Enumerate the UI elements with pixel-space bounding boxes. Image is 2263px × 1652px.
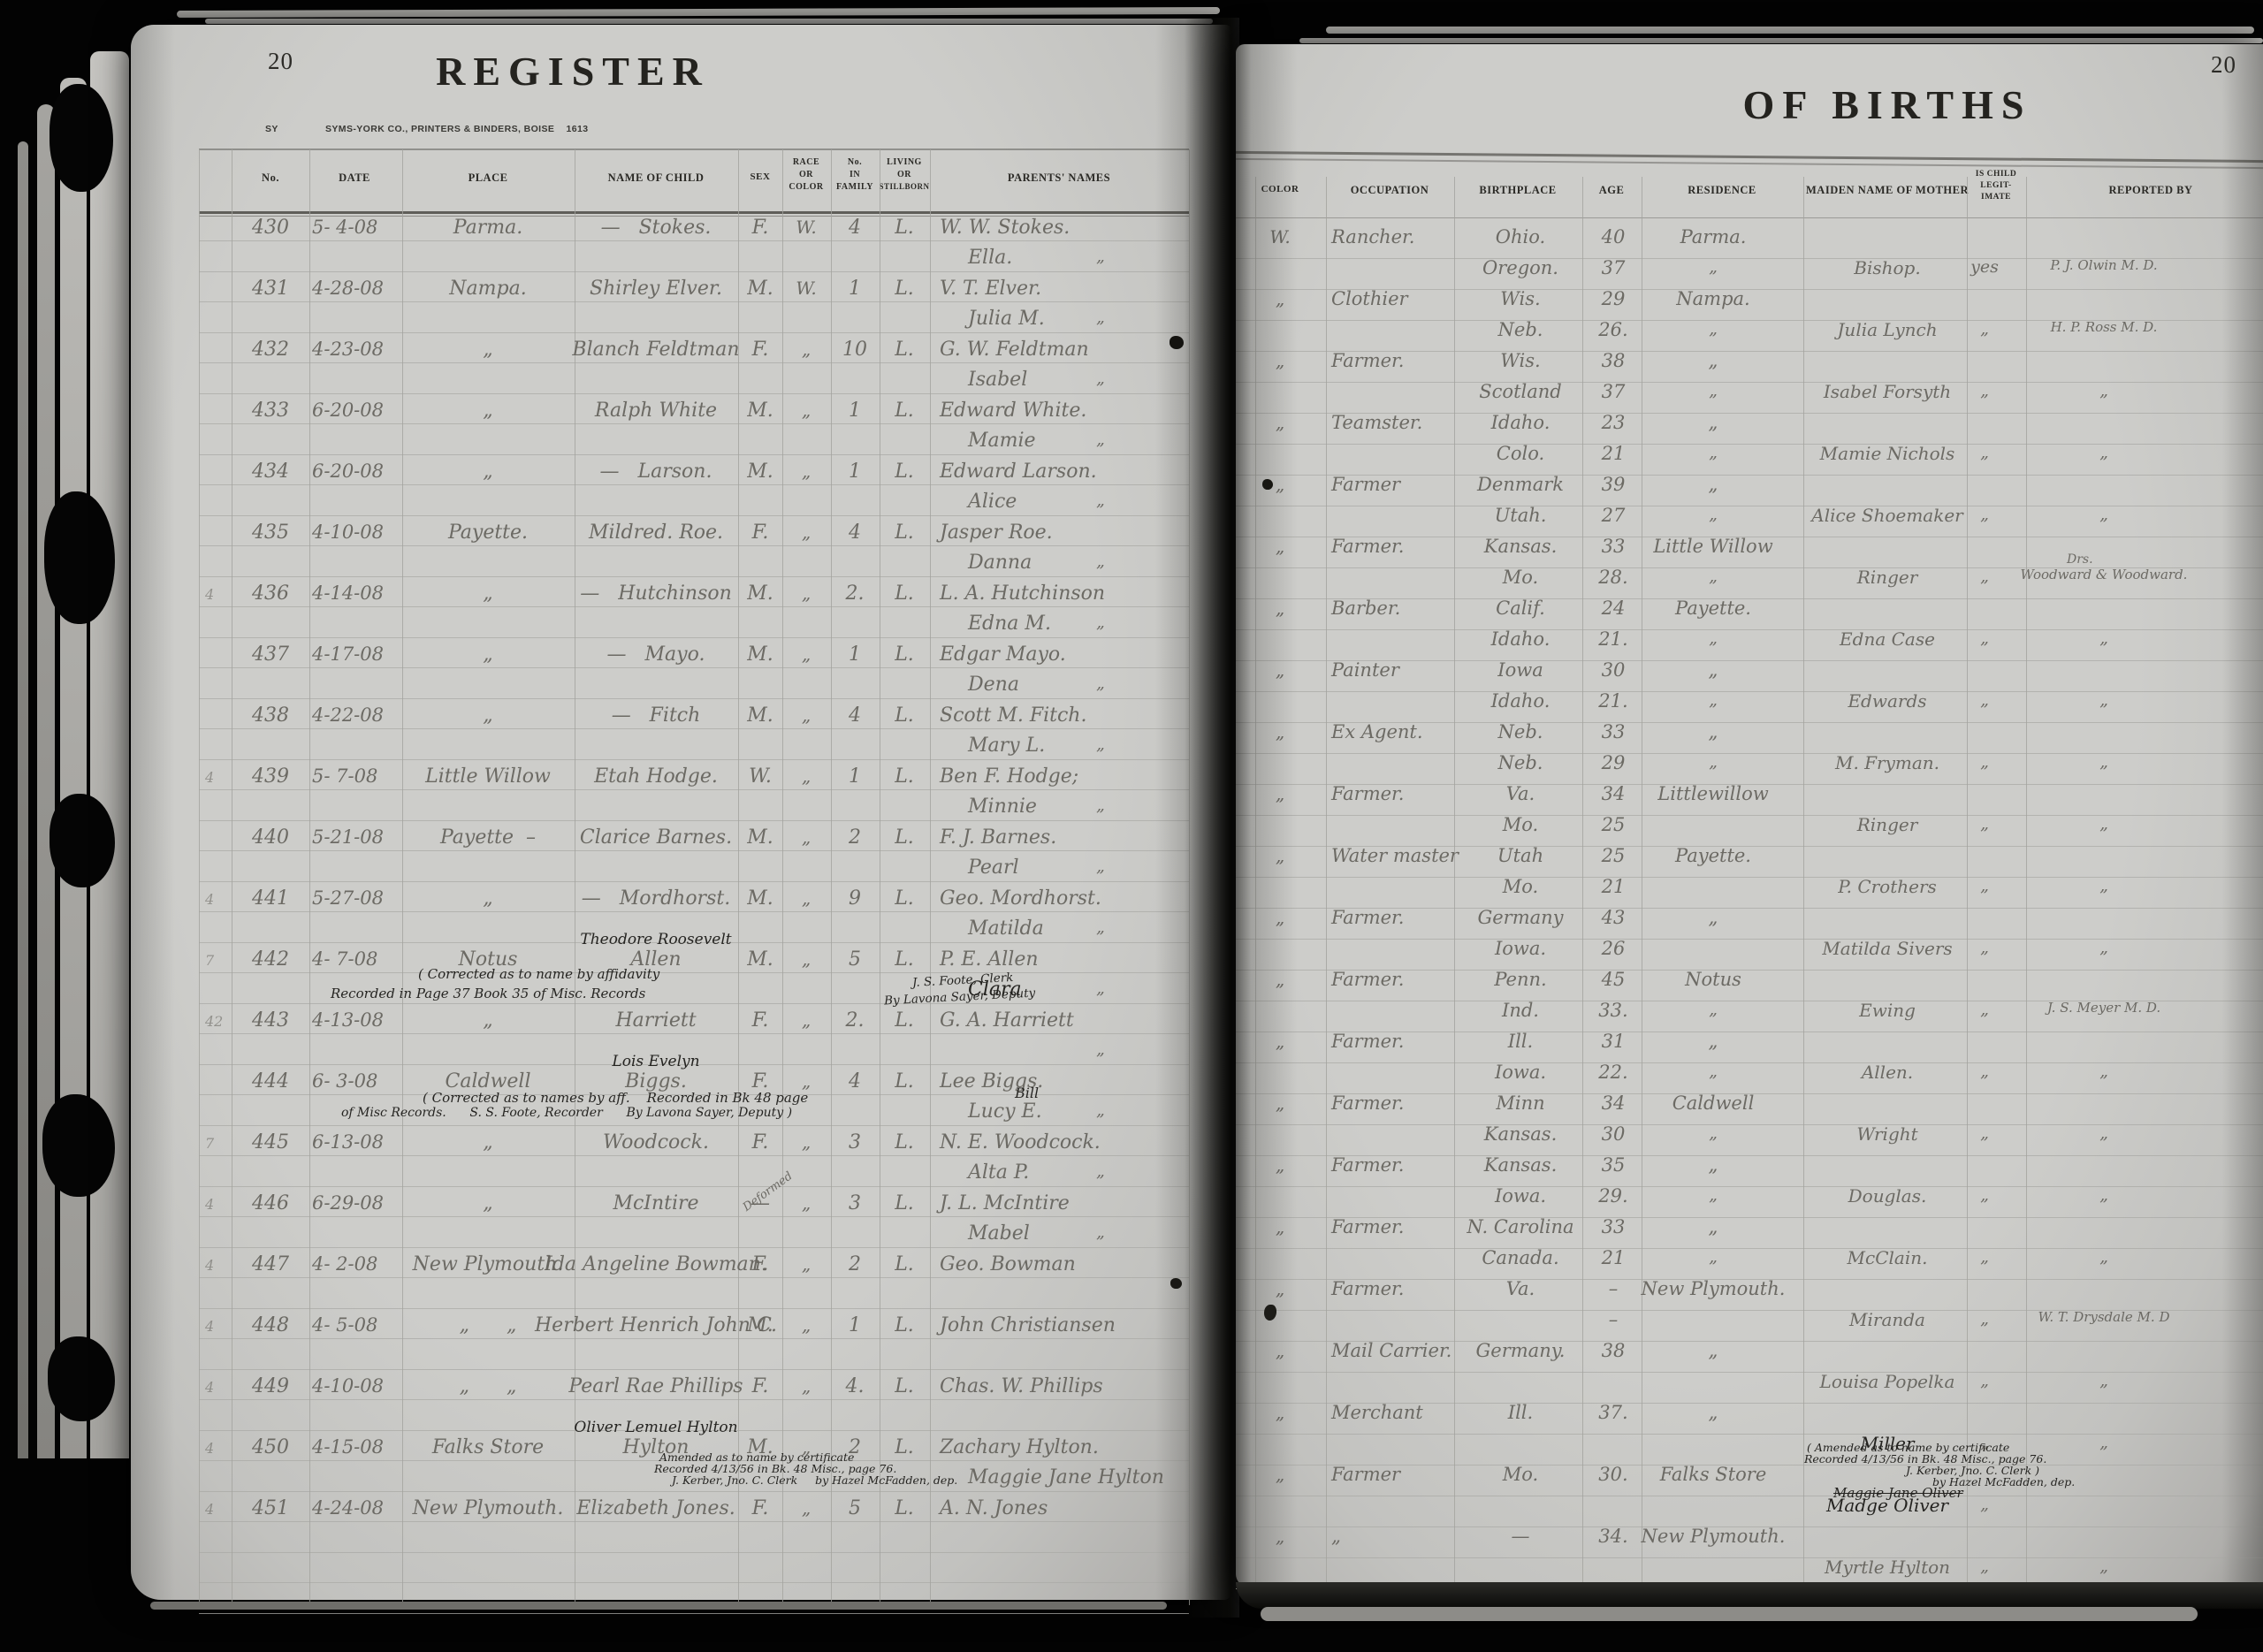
ditto-mark: „ xyxy=(1096,1100,1105,1120)
mother-name: Mamie xyxy=(968,430,1036,452)
color-value: „ xyxy=(1276,288,1284,309)
correction-note: of Misc Records. S. S. Foote, Recorder B… xyxy=(341,1106,792,1120)
birthplace-value: Va. xyxy=(1506,1278,1535,1299)
residence-value: „ xyxy=(1709,412,1718,433)
occupation-value: Farmer. xyxy=(1331,1278,1404,1299)
occupation-value: Merchant xyxy=(1331,1402,1423,1423)
living-value: L. xyxy=(895,948,914,971)
maiden-name: Douglas. xyxy=(1848,1185,1927,1207)
ruled-line xyxy=(1236,1372,2263,1373)
father-name: Geo. Bowman xyxy=(940,1253,1076,1275)
living-value: L. xyxy=(895,643,914,666)
ruled-line xyxy=(199,789,1189,790)
sheet-bottom-edge xyxy=(150,1602,1167,1610)
record-number: 449 xyxy=(252,1375,289,1397)
page-number-left: 20 xyxy=(268,48,293,75)
race-value: „ xyxy=(802,643,811,665)
age-value: 33 xyxy=(1602,536,1626,557)
race-value: „ xyxy=(802,826,811,848)
sex-value: F. xyxy=(752,339,769,361)
mother-name: Maggie Jane Hylton xyxy=(968,1466,1164,1488)
column-rule xyxy=(1582,177,1583,1585)
birth-place: „ xyxy=(483,1131,492,1153)
birth-place: Payette. xyxy=(448,521,528,544)
legitimate-value: „ xyxy=(1980,1371,1989,1390)
margin-number: 42 xyxy=(205,1013,223,1030)
race-value: „ xyxy=(802,339,811,360)
ruled-line xyxy=(199,454,1189,455)
reported-by-value: „ xyxy=(2099,381,2108,400)
record-number: 435 xyxy=(252,521,289,544)
legitimate-value: „ xyxy=(1980,1309,1989,1328)
maiden-name: Bishop. xyxy=(1854,257,1920,278)
child-name: — Fitch xyxy=(612,704,701,727)
living-value: L. xyxy=(895,826,914,849)
birthplace-value: Germany. xyxy=(1476,1340,1566,1361)
child-name: — Mordhorst. xyxy=(582,887,730,910)
race-value: „ xyxy=(802,948,811,970)
legitimate-value: „ xyxy=(1980,814,1989,834)
birthplace-value: Mo. xyxy=(1503,1464,1538,1485)
ruled-line xyxy=(199,1155,1189,1156)
mother-name: Danna xyxy=(968,552,1032,574)
birth-date: 6-13-08 xyxy=(312,1131,384,1153)
column-header-family: IN xyxy=(850,170,860,179)
residence-value: „ xyxy=(1709,1216,1718,1237)
color-value: „ xyxy=(1276,1340,1284,1361)
ruled-line xyxy=(199,1399,1189,1400)
sex-value: F. xyxy=(752,1375,769,1397)
correction-note: Recorded in Page 37 Book 35 of Misc. Rec… xyxy=(331,986,645,1001)
printer-imprint-prefix: SY xyxy=(265,124,278,134)
column-rule xyxy=(232,149,232,1605)
reported-by-value: „ xyxy=(2099,1371,2108,1390)
record-number: 430 xyxy=(252,217,289,239)
age-value: 21. xyxy=(1598,628,1627,650)
column-header-color: COLOR xyxy=(1261,184,1299,194)
residence-value: „ xyxy=(1709,1154,1718,1176)
sex-value: M. xyxy=(747,461,773,483)
race-value: „ xyxy=(802,704,811,726)
age-value: 34. xyxy=(1598,1526,1627,1547)
sex-value: W. xyxy=(749,765,772,788)
color-value: „ xyxy=(1276,350,1284,371)
father-name: F. J. Barnes. xyxy=(940,826,1056,849)
birth-date: 6-29-08 xyxy=(312,1192,384,1214)
residence-value: „ xyxy=(1709,1062,1718,1081)
ditto-mark: „ xyxy=(1096,491,1105,510)
correction-note: J. Kerber, Jno. C. Clerk by Hazel McFadd… xyxy=(672,1473,957,1487)
ruled-line xyxy=(199,1186,1189,1187)
record-number: 433 xyxy=(252,400,289,422)
table-rule xyxy=(199,148,1189,150)
age-value: 25 xyxy=(1602,814,1626,835)
sex-value: M. xyxy=(747,887,773,910)
color-value: „ xyxy=(1276,1402,1284,1423)
mother-name: Minnie xyxy=(968,796,1037,818)
column-header-parents-names: PARENTS' NAMES xyxy=(1008,171,1110,185)
residence-value: „ xyxy=(1709,907,1718,928)
record-number: 432 xyxy=(252,339,289,361)
legitimate-value: „ xyxy=(1980,1185,1989,1205)
birth-date: 5- 7-08 xyxy=(312,765,377,787)
ditto-mark: „ xyxy=(1096,1039,1105,1059)
sex-value: F. xyxy=(752,1131,769,1153)
occupation-value: Farmer. xyxy=(1331,907,1404,928)
family-number: 4. xyxy=(846,1375,865,1397)
reported-by-value: „ xyxy=(2099,1557,2108,1576)
race-value: „ xyxy=(802,1009,811,1031)
age-value: 26. xyxy=(1598,319,1627,340)
living-value: L. xyxy=(895,217,914,239)
age-value: 35 xyxy=(1602,1154,1626,1176)
ruled-line xyxy=(199,759,1189,760)
record-number: 436 xyxy=(252,582,289,605)
sheet-bottom-edge xyxy=(1261,1607,2198,1621)
birth-date: 4- 5-08 xyxy=(312,1314,377,1336)
legitimate-value: „ xyxy=(1980,567,1989,586)
father-name: V. T. Elver. xyxy=(940,278,1041,300)
color-value: „ xyxy=(1276,1526,1284,1547)
ruled-line xyxy=(1236,629,2263,630)
birthplace-value: Mo. xyxy=(1503,814,1538,835)
ditto-mark: „ xyxy=(1096,613,1105,632)
ruled-line xyxy=(1236,506,2263,506)
age-value: 23 xyxy=(1602,412,1626,433)
column-rule xyxy=(831,149,832,1605)
living-value: L. xyxy=(895,1314,914,1336)
birth-date: 6-20-08 xyxy=(312,400,384,421)
legitimate-value: „ xyxy=(1980,752,1989,772)
birthplace-value: Iowa. xyxy=(1495,1062,1546,1083)
child-name: Ralph White xyxy=(595,400,717,422)
ruled-line xyxy=(1236,1124,2263,1125)
mother-name: Mary L. xyxy=(968,735,1045,757)
legitimate-value: yes xyxy=(1970,257,1999,277)
father-name: Chas. W. Phillips xyxy=(940,1375,1103,1397)
residence-value: Little Willow xyxy=(1653,536,1772,557)
race-value: „ xyxy=(802,887,811,909)
age-value: 38 xyxy=(1602,350,1626,371)
race-value: W. xyxy=(796,217,816,238)
residence-value: Notus xyxy=(1685,969,1741,990)
birthplace-value: Ohio. xyxy=(1496,226,1545,247)
legitimate-value: „ xyxy=(1980,628,1989,648)
age-value: 43 xyxy=(1602,907,1626,928)
age-value: 33 xyxy=(1602,1216,1626,1237)
maiden-name: Myrtle Hylton xyxy=(1825,1557,1950,1578)
ruled-line xyxy=(199,1582,1189,1583)
sheet-edge xyxy=(1299,38,2263,43)
column-header-race: RACE xyxy=(793,157,819,167)
ruled-line xyxy=(1236,1248,2263,1249)
race-value: „ xyxy=(802,765,811,787)
birth-place: „ xyxy=(483,643,492,666)
maiden-name: Edna Case xyxy=(1840,628,1935,650)
residence-value: „ xyxy=(1709,1123,1718,1143)
sex-value: F. xyxy=(752,521,769,544)
residence-value: „ xyxy=(1709,1031,1718,1052)
birth-date: 5-27-08 xyxy=(312,887,384,909)
mother-name: Alice xyxy=(968,491,1017,513)
sex-value: M. xyxy=(747,278,773,300)
birthplace-value: Iowa xyxy=(1497,659,1543,681)
column-header-date: DATE xyxy=(339,171,370,185)
ruled-line xyxy=(199,1613,1189,1614)
mother-name: Mabel xyxy=(968,1222,1030,1245)
race-value: „ xyxy=(802,1497,811,1519)
column-header-occupation: OCCUPATION xyxy=(1351,184,1429,197)
ruled-line xyxy=(199,515,1189,516)
family-number: 5 xyxy=(849,1497,861,1519)
birth-date: 4- 2-08 xyxy=(312,1253,377,1275)
ruled-line xyxy=(199,1247,1189,1248)
child-name: Pearl Rae Phillips xyxy=(568,1375,743,1397)
living-value: L. xyxy=(895,1070,914,1092)
age-value: – xyxy=(1609,1278,1619,1299)
column-header-living: LIVING xyxy=(887,157,922,167)
ruled-line xyxy=(1236,1434,2263,1435)
occupation-value: Farmer. xyxy=(1331,969,1404,990)
family-number: 4 xyxy=(849,1070,861,1092)
birth-place: „ „ xyxy=(460,1375,517,1397)
ruled-line xyxy=(199,1338,1189,1339)
birth-date: 4-10-08 xyxy=(312,521,384,543)
page-edge-strip xyxy=(18,141,28,1520)
sex-value: F. xyxy=(752,1497,769,1519)
living-value: L. xyxy=(895,765,914,788)
mother-name: Pearl xyxy=(968,856,1019,879)
page-number-right: 20 xyxy=(2211,51,2236,79)
legitimate-value: „ xyxy=(1980,505,1989,524)
column-header-legitimate: IS CHILD xyxy=(1976,170,2017,179)
color-value: „ xyxy=(1276,969,1284,990)
birth-date: 4-28-08 xyxy=(312,278,384,299)
age-value: 37 xyxy=(1602,257,1626,278)
legitimate-value: „ xyxy=(1980,319,1989,339)
ruled-line xyxy=(199,332,1189,333)
ruled-line xyxy=(199,1491,1189,1492)
ruled-line xyxy=(1236,1557,2263,1558)
child-name: Woodcock. xyxy=(603,1131,709,1153)
mother-name: Isabel xyxy=(968,369,1027,391)
film-bottom xyxy=(0,1458,133,1652)
family-number: 2. xyxy=(846,582,865,605)
ruled-line xyxy=(199,820,1189,821)
father-name: P. E. Allen xyxy=(940,948,1039,971)
birth-place: „ xyxy=(483,582,492,605)
residence-value: „ xyxy=(1709,350,1718,371)
residence-value: Caldwell xyxy=(1672,1092,1755,1114)
living-value: L. xyxy=(895,400,914,422)
column-header-residence: RESIDENCE xyxy=(1688,184,1756,197)
ruled-line xyxy=(199,362,1189,363)
child-name: Harriett xyxy=(615,1009,696,1032)
mother-name: Dena xyxy=(968,674,1019,696)
residence-value: „ xyxy=(1709,1340,1718,1361)
reported-by-value: „ xyxy=(2099,443,2108,462)
family-number: 5 xyxy=(849,948,861,971)
family-number: 3 xyxy=(849,1192,861,1214)
child-name: Herbert Henrich John C. xyxy=(535,1314,777,1336)
ink-blot xyxy=(1170,336,1184,349)
age-value: 37. xyxy=(1598,1402,1627,1423)
birth-place: Falks Store xyxy=(432,1436,544,1458)
family-number: 4 xyxy=(849,521,861,544)
birthplace-value: Neb. xyxy=(1498,319,1543,340)
age-value: 33. xyxy=(1598,1000,1627,1021)
age-value: 21. xyxy=(1598,690,1627,712)
reported-by-prefix: Drs. xyxy=(2067,552,2093,567)
maiden-name: Allen. xyxy=(1862,1062,1913,1083)
legitimate-value: „ xyxy=(1980,690,1989,710)
color-value: „ xyxy=(1276,598,1284,619)
occupation-value: Teamster. xyxy=(1331,412,1422,433)
tape-mark xyxy=(50,794,115,887)
residence-value: „ xyxy=(1709,628,1718,648)
age-value: 29 xyxy=(1602,288,1626,309)
birthplace-value: Mo. xyxy=(1503,876,1538,897)
color-value: „ xyxy=(1276,1031,1284,1052)
birthplace-value: Calif. xyxy=(1496,598,1545,619)
living-value: L. xyxy=(895,1436,914,1458)
residence-value: „ xyxy=(1709,443,1718,462)
occupation-value: Farmer. xyxy=(1331,1216,1404,1237)
occupation-value: Farmer. xyxy=(1331,350,1404,371)
sex-value: M. xyxy=(747,948,773,971)
birthplace-value: Colo. xyxy=(1497,443,1544,464)
ruled-line xyxy=(199,393,1189,394)
page-title-of-births: OF BIRTHS xyxy=(1743,81,2032,128)
maiden-name: Wright xyxy=(1856,1123,1917,1145)
ruled-line xyxy=(1236,753,2263,754)
child-name-correction: Theodore Roosevelt xyxy=(580,931,731,948)
ruled-line xyxy=(199,881,1189,882)
living-value: L. xyxy=(895,887,914,910)
living-value: L. xyxy=(895,461,914,483)
race-value: „ xyxy=(802,1131,811,1153)
birth-date: 6- 3-08 xyxy=(312,1070,377,1092)
column-header-living: OR xyxy=(897,170,911,179)
father-name: Zachary Hylton. xyxy=(940,1436,1099,1458)
birth-place: „ xyxy=(483,1192,492,1214)
occupation-value: Farmer. xyxy=(1331,1031,1404,1052)
sex-value: F. xyxy=(752,1009,769,1032)
ruled-line xyxy=(1236,1062,2263,1063)
ruled-line xyxy=(1236,1186,2263,1187)
family-number: 1 xyxy=(849,1314,861,1336)
birth-place: „ „ xyxy=(460,1314,517,1336)
child-name: Clarice Barnes. xyxy=(580,826,732,849)
ruled-line xyxy=(199,484,1189,485)
ruled-line xyxy=(199,972,1189,973)
birthplace-value: Kansas. xyxy=(1484,1154,1557,1176)
column-rule xyxy=(2026,177,2027,1585)
color-value: „ xyxy=(1276,659,1284,681)
legitimate-value: „ xyxy=(1980,381,1989,400)
ditto-mark: „ xyxy=(1096,856,1105,876)
age-value: – xyxy=(1609,1309,1619,1330)
record-number: 448 xyxy=(252,1314,289,1336)
ruled-line xyxy=(1236,691,2263,692)
reported-by-value: „ xyxy=(2099,690,2108,710)
column-rule xyxy=(1326,177,1327,1585)
residence-value: Payette. xyxy=(1675,845,1751,866)
ruled-line xyxy=(199,1003,1189,1004)
reported-by-value: „ xyxy=(2099,752,2108,772)
reported-by-value: „ xyxy=(2099,505,2108,524)
column-rule xyxy=(880,149,880,1605)
margin-number: 4 xyxy=(205,1440,214,1457)
column-header-birthplace: BIRTHPLACE xyxy=(1479,184,1556,197)
occupation-value: Farmer. xyxy=(1331,783,1404,804)
ruled-line xyxy=(199,423,1189,424)
age-value: 30. xyxy=(1598,1464,1627,1485)
margin-number: 4 xyxy=(205,1501,214,1518)
column-header-living: STILLBORN xyxy=(879,182,929,191)
living-value: L. xyxy=(895,339,914,361)
birthplace-value: — xyxy=(1512,1526,1530,1547)
child-name-correction: Lois Evelyn xyxy=(612,1053,699,1070)
age-value: 33 xyxy=(1602,721,1626,742)
occupation-value: Farmer. xyxy=(1331,536,1404,557)
maiden-name: Isabel Forsyth xyxy=(1824,381,1951,402)
residence-value: Falks Store xyxy=(1660,1464,1767,1485)
birth-date: 4-17-08 xyxy=(312,643,384,665)
tape-mark xyxy=(42,1094,115,1197)
right-page: OF BIRTHS 20 COLOR OCCUPATION BIRTHPLACE… xyxy=(1236,44,2263,1587)
color-value: „ xyxy=(1276,474,1284,495)
birthplace-value: Ill. xyxy=(1508,1031,1533,1052)
birth-place: „ xyxy=(483,339,492,361)
race-value: „ xyxy=(802,1314,811,1336)
birth-date: 5-21-08 xyxy=(312,826,384,848)
father-name: Jasper Roe. xyxy=(940,521,1053,544)
record-number: 439 xyxy=(252,765,289,788)
residence-value: „ xyxy=(1709,1247,1718,1267)
color-value: „ xyxy=(1276,536,1284,557)
reported-by-value: „ xyxy=(2099,628,2108,648)
child-name: — Mayo. xyxy=(607,643,705,666)
column-rule xyxy=(199,149,200,1605)
reported-by-value: J. S. Meyer M. D. xyxy=(2047,1000,2160,1016)
birthplace-value: Kansas. xyxy=(1484,536,1557,557)
maiden-name: Matilda Sivers xyxy=(1822,938,1952,959)
child-name: — Hutchinson xyxy=(580,582,732,605)
family-number: 3 xyxy=(849,1131,861,1153)
father-name: J. L. McIntire xyxy=(940,1192,1070,1214)
legitimate-value: „ xyxy=(1980,938,1989,957)
child-name: Ida Angeline Bowman. xyxy=(545,1253,767,1275)
column-header-legitimate: IMATE xyxy=(1981,193,2011,202)
residence-value: „ xyxy=(1709,690,1718,710)
ruled-line xyxy=(199,1521,1189,1522)
legitimate-value: „ xyxy=(1980,1557,1989,1576)
ruled-line xyxy=(199,1308,1189,1309)
page-gutter-shadow xyxy=(1185,18,1239,1618)
color-value: „ xyxy=(1276,845,1284,866)
age-value: 31 xyxy=(1602,1031,1626,1052)
father-name: Scott M. Fitch. xyxy=(940,704,1086,727)
occupation-value: Water master xyxy=(1331,845,1459,866)
age-value: 34 xyxy=(1602,1092,1626,1114)
occupation-value: Farmer xyxy=(1331,1464,1400,1485)
ruled-line xyxy=(199,606,1189,607)
age-value: 28. xyxy=(1598,567,1627,588)
residence-value: „ xyxy=(1709,721,1718,742)
birthplace-value: Ind. xyxy=(1502,1000,1539,1021)
maiden-name: Mamie Nichols xyxy=(1820,443,1955,464)
